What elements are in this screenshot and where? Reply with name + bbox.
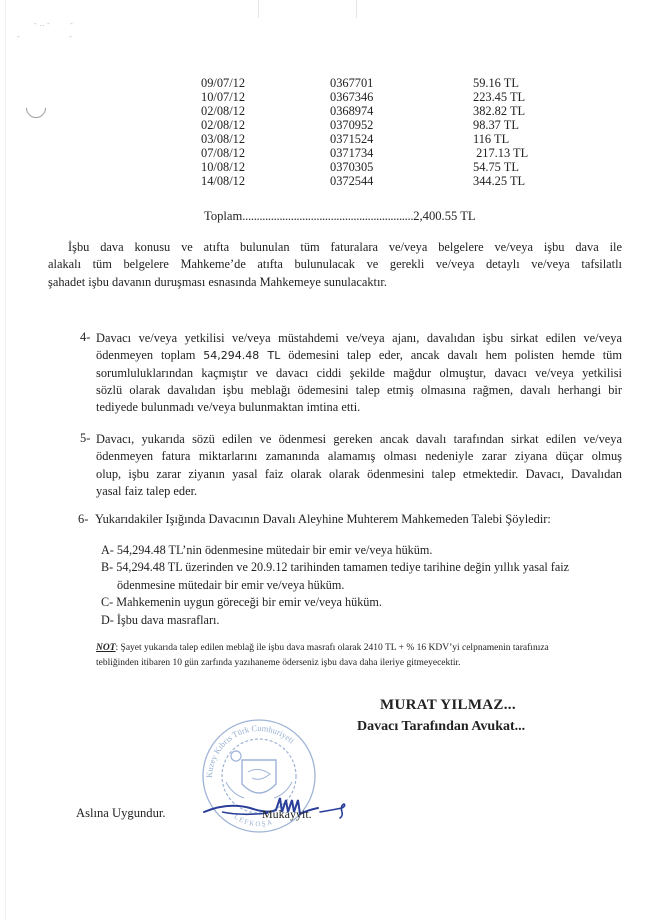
invoice-row: 10/08/12 0370305 54.75 TL — [0, 160, 650, 175]
paragraph-line: sözlü olarak davalıdan işbu meblağı ödem… — [96, 382, 622, 399]
invoice-row: 02/08/12 0370952 98.37 TL — [0, 118, 650, 133]
paragraph-line: Davacı, yukarıda sözü edilen ve ödenmesi… — [96, 431, 622, 448]
total-amount: 2,400.55 TL — [413, 209, 475, 223]
invoice-number: 0367346 — [330, 90, 373, 105]
paragraph-line: yasal faiz talep eder. — [96, 483, 622, 500]
section-number: 5- — [80, 431, 90, 446]
payment-note: NOT: Şayet yukarıda talep edilen meblağ … — [96, 641, 621, 671]
signature-tail-icon — [318, 800, 348, 820]
intro-paragraph: İşbu dava konusu ve atıfta bulunulan tüm… — [48, 239, 622, 291]
lawyer-title: Davacı Tarafından Avukat... — [357, 719, 525, 735]
note-line: NOT: Şayet yukarıda talep edilen meblağ … — [96, 641, 621, 656]
invoice-date: 02/08/12 — [201, 104, 245, 119]
invoice-amount: 217.13 TL — [473, 146, 528, 161]
request-text: Mahkemenin uygun göreceği bir emir ve/ve… — [116, 595, 382, 609]
requests-list: A- 54,294.48 TL’nin ödenmesine mütedair … — [101, 542, 569, 629]
request-text: İşbu dava masrafları. — [117, 613, 220, 627]
paragraph-line: tediyede bulunmadı ve/veya bulunmaktan i… — [96, 399, 622, 416]
invoice-number: 0372544 — [330, 174, 373, 189]
paragraph-line: İşbu dava konusu ve atıfta bulunulan tüm… — [48, 239, 622, 256]
invoice-amount: 98.37 TL — [473, 118, 519, 133]
invoice-row: 07/08/12 0371734 217.13 TL — [0, 146, 650, 161]
request-letter: B- — [101, 560, 113, 574]
scan-mark: - .. - — [34, 19, 50, 28]
request-text: 54,294.48 TL’nin ödenmesine mütedair bir… — [117, 543, 432, 557]
paragraph-line: ödenmeyen toplam 54,294.48 TL ödemesini … — [96, 347, 622, 364]
invoice-date: 02/08/12 — [201, 118, 245, 133]
request-item-continued: ödenmesine mütedair bir emir ve/veya hük… — [101, 577, 569, 594]
paragraph-line: Davacı ve/veya yetkilisi ve/veya müstahd… — [96, 330, 622, 347]
lawyer-name: MURAT YILMAZ... — [380, 697, 516, 714]
invoice-number: 0371734 — [330, 146, 373, 161]
invoice-number: 0370305 — [330, 160, 373, 175]
invoice-row: 10/07/12 0367346 223.45 TL — [0, 90, 650, 105]
section-5-paragraph: Davacı, yukarıda sözü edilen ve ödenmesi… — [96, 431, 622, 500]
scan-mark: - — [17, 32, 20, 41]
request-item: D- İşbu dava masrafları. — [101, 612, 569, 629]
scan-fold-mark — [258, 0, 259, 18]
invoice-row: 09/07/12 0367701 59.16 TL — [0, 76, 650, 91]
invoice-number: 0370952 — [330, 118, 373, 133]
invoice-date: 09/07/12 — [201, 76, 245, 91]
request-letter: A- — [101, 543, 114, 557]
note-label: NOT — [96, 643, 116, 653]
note-line: tebliğinden itibaren 10 gün zarfında yaz… — [96, 656, 621, 671]
note-text: : Şayet yukarıda talep edilen meblağ ile… — [116, 643, 549, 653]
invoice-date: 07/08/12 — [201, 146, 245, 161]
section-number: 4- — [80, 330, 90, 345]
invoice-amount: 344.25 TL — [473, 174, 525, 189]
paragraph-line: sorumluluklarından kaçmıştır ve davacı c… — [96, 365, 622, 382]
invoice-total: Toplam..................................… — [204, 209, 584, 224]
invoice-date: 14/08/12 — [201, 174, 245, 189]
invoice-date: 10/08/12 — [201, 160, 245, 175]
invoice-amount: 116 TL — [473, 132, 509, 147]
invoice-number: 0371524 — [330, 132, 373, 147]
scan-mark: - — [69, 32, 72, 41]
text: ödemesini talep eder, ancak davalı hem p… — [288, 348, 622, 362]
invoice-amount: 382.82 TL — [473, 104, 525, 119]
request-item: B- 54,294.48 TL üzerinden ve 20.9.12 tar… — [101, 559, 569, 576]
invoice-date: 10/07/12 — [201, 90, 245, 105]
invoice-date: 03/08/12 — [201, 132, 245, 147]
invoice-amount: 59.16 TL — [473, 76, 519, 91]
total-label: Toplam — [204, 209, 242, 223]
paragraph-line: şahadet işbu davanın duruşması esnasında… — [48, 274, 622, 291]
scan-mark: - — [70, 19, 73, 28]
paragraph-line: olup, işbu zarar ziyanın yasal faiz olar… — [96, 466, 622, 483]
total-leader: ........................................… — [242, 209, 413, 223]
invoice-amount: 223.45 TL — [473, 90, 525, 105]
claim-amount: 54,294.48 TL — [203, 349, 280, 362]
section-4-paragraph: Davacı ve/veya yetkilisi ve/veya müstahd… — [96, 330, 622, 416]
registrar-label: Mukayyit. — [262, 807, 312, 822]
invoice-row: 02/08/12 0368974 382.82 TL — [0, 104, 650, 119]
invoice-number: 0367701 — [330, 76, 373, 91]
svg-text:Kuzey Kıbrıs Türk Cumhuriyeti: Kuzey Kıbrıs Türk Cumhuriyeti — [204, 723, 297, 778]
text: ödenmeyen toplam — [96, 348, 195, 362]
certified-copy-label: Aslına Uygundur. — [76, 806, 166, 821]
paragraph-line: ödenmeyen fatura miktarlarını zamanında … — [96, 448, 622, 465]
request-text: ödenmesine mütedair bir emir ve/veya hük… — [117, 578, 344, 592]
invoice-number: 0368974 — [330, 104, 373, 119]
invoice-amount: 54.75 TL — [473, 160, 519, 175]
section-6-heading: Yukarıdakiler Işığında Davacının Davalı … — [95, 512, 551, 527]
request-item: A- 54,294.48 TL’nin ödenmesine mütedair … — [101, 542, 569, 559]
scan-fold-mark — [356, 0, 357, 18]
section-number: 6- — [78, 512, 88, 527]
request-letter: C- — [101, 595, 113, 609]
request-letter: D- — [101, 613, 114, 627]
invoice-row: 14/08/12 0372544 344.25 TL — [0, 174, 650, 189]
invoice-row: 03/08/12 0371524 116 TL — [0, 132, 650, 147]
request-item: C- Mahkemenin uygun göreceği bir emir ve… — [101, 594, 569, 611]
paragraph-line: alakalı tüm belgelere Mahkeme’de atıfta … — [48, 256, 622, 273]
request-text: 54,294.48 TL üzerinden ve 20.9.12 tarihi… — [116, 560, 569, 574]
